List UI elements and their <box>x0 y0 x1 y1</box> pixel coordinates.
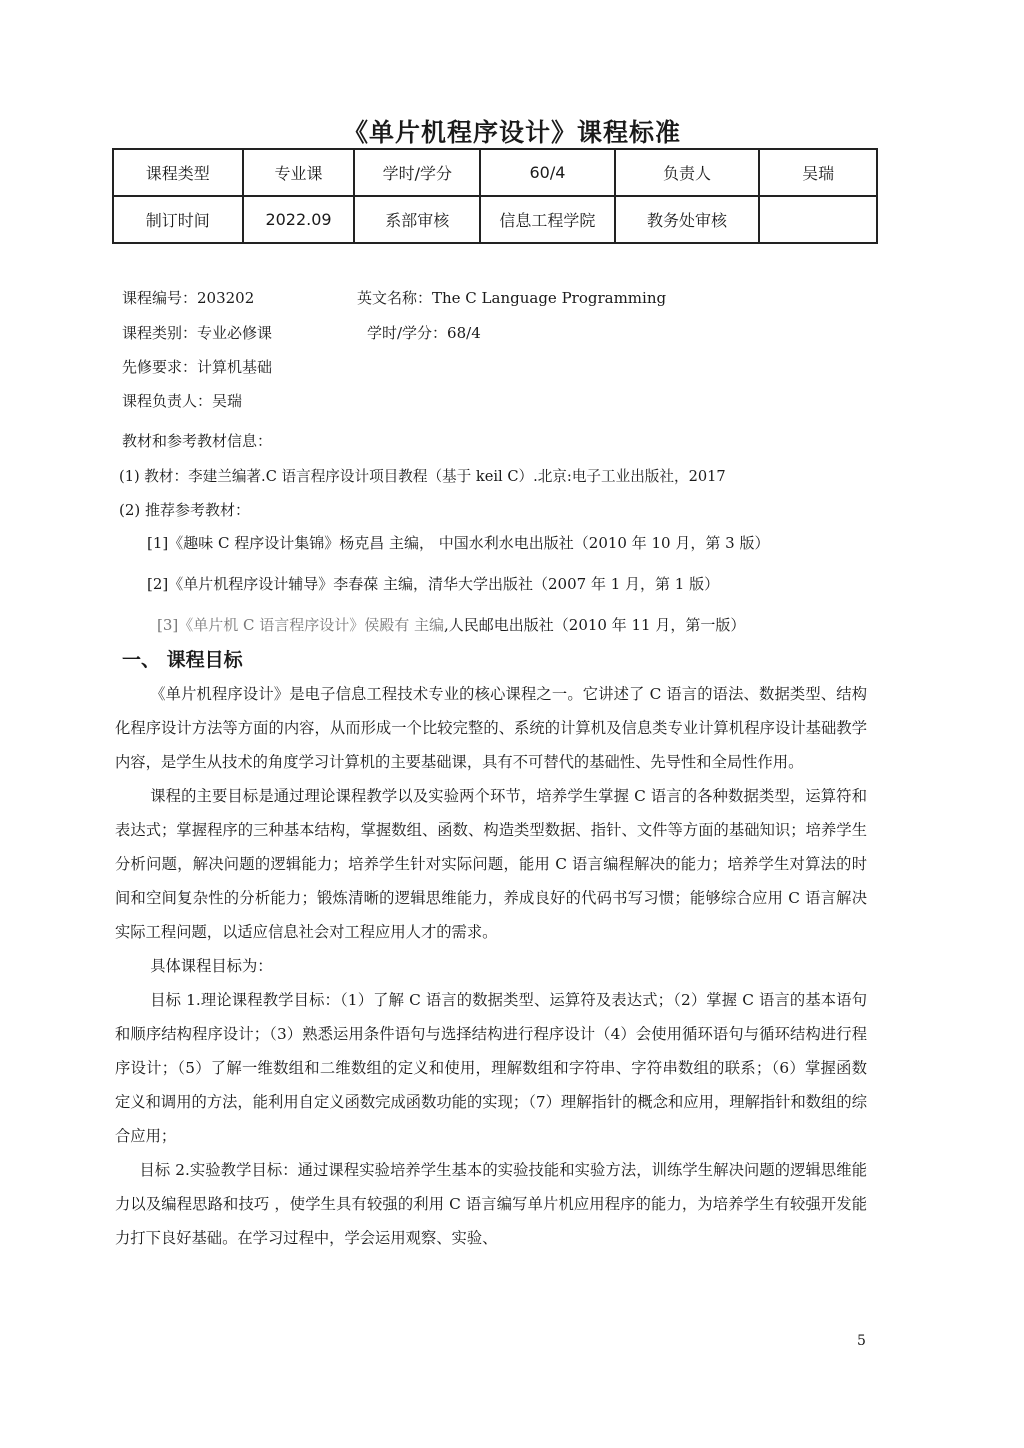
reference-1: [1]《趣味 C 程序设计集锦》杨克昌 主编， 中国水利水电出版社（2010 年… <box>147 532 769 553</box>
cell-hours-label: 学时/学分 <box>354 149 480 196</box>
section-body: 《单片机程序设计》是电子信息工程技术专业的核心课程之一。它讲述了 C 语言的语法… <box>115 677 867 1255</box>
hours-credits: 学时/学分：68/4 <box>367 322 481 343</box>
table-row: 课程类型 专业课 学时/学分 60/4 负责人 吴瑞 <box>113 149 877 196</box>
cell-hours-value: 60/4 <box>480 149 615 196</box>
course-category: 课程类别：专业必修课 <box>122 322 272 343</box>
paragraph-specific-goals: 具体课程目标为： <box>115 949 867 983</box>
reference-3-publisher: ,人民邮电出版社（2010 年 11 月，第一版） <box>444 616 745 634</box>
cell-dept-review-label: 系部审核 <box>354 196 480 243</box>
page-number: 5 <box>857 1333 866 1349</box>
cell-dept-review-value: 信息工程学院 <box>480 196 615 243</box>
cell-academic-review-label: 教务处审核 <box>615 196 760 243</box>
cell-academic-review-value <box>759 196 877 243</box>
cell-course-type-value: 专业课 <box>243 149 355 196</box>
cell-owner-label: 负责人 <box>615 149 760 196</box>
reference-3-title: [3]《单片机 C 语言程序设计》侯殿有 主编 <box>157 616 444 634</box>
textbook-item-2: (2) 推荐参考教材： <box>119 499 250 520</box>
reference-2: [2]《单片机程序设计辅导》李春葆 主编，清华大学出版社（2007 年 1 月，… <box>147 573 719 594</box>
paragraph-intro: 《单片机程序设计》是电子信息工程技术专业的核心课程之一。它讲述了 C 语言的语法… <box>115 677 867 779</box>
document-title: 《单片机程序设计》课程标准 <box>0 113 1024 149</box>
table-row: 制订时间 2022.09 系部审核 信息工程学院 教务处审核 <box>113 196 877 243</box>
course-code: 课程编号：203202 <box>122 287 254 308</box>
paragraph-goal-2: 目标 2.实验教学目标：通过课程实验培养学生基本的实验技能和实验方法，训练学生解… <box>115 1153 867 1255</box>
cell-course-type-label: 课程类型 <box>113 149 243 196</box>
textbooks-heading: 教材和参考教材信息： <box>122 430 272 451</box>
paragraph-goal-1: 目标 1.理论课程教学目标：（1）了解 C 语言的数据类型、运算符及表达式；（2… <box>115 983 867 1153</box>
cell-date-value: 2022.09 <box>243 196 355 243</box>
paragraph-main-goals: 课程的主要目标是通过理论课程教学以及实验两个环节，培养学生掌握 C 语言的各种数… <box>115 779 867 949</box>
section-heading-course-goals: 一、 课程目标 <box>122 645 243 672</box>
textbook-item-1: (1) 教材：李建兰编著.C 语言程序设计项目教程（基于 keil C）.北京:… <box>119 465 726 486</box>
course-info-table: 课程类型 专业课 学时/学分 60/4 负责人 吴瑞 制订时间 2022.09 … <box>112 148 878 244</box>
cell-date-label: 制订时间 <box>113 196 243 243</box>
english-name: 英文名称：The C Language Programming <box>357 287 666 308</box>
course-owner: 课程负责人：吴瑞 <box>122 390 242 411</box>
prerequisite: 先修要求：计算机基础 <box>122 356 272 377</box>
cell-owner-value: 吴瑞 <box>759 149 877 196</box>
reference-3: [3]《单片机 C 语言程序设计》侯殿有 主编,人民邮电出版社（2010 年 1… <box>157 614 745 635</box>
